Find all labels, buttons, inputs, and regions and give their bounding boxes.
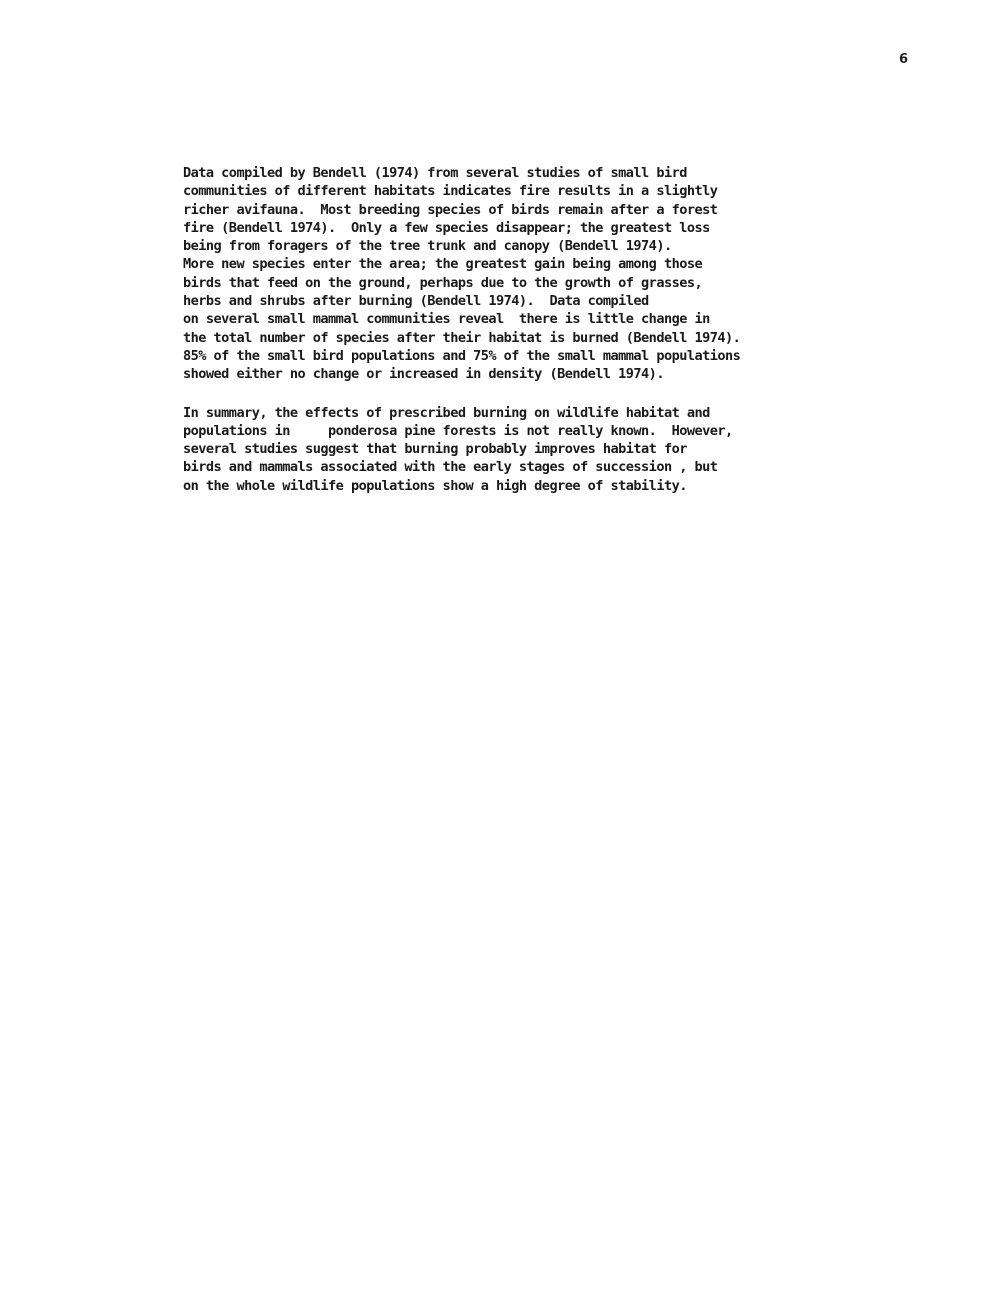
document-body: Data compiled by Bendell (1974) from sev… [183, 164, 883, 515]
text-line: 85% of the small bird populations and 75… [183, 347, 883, 365]
paragraph-summary: In summary, the effects of prescribed bu… [183, 404, 883, 495]
text-line: fire (Bendell 1974). Only a few species … [183, 219, 883, 237]
text-line: Data compiled by Bendell (1974) from sev… [183, 164, 883, 182]
text-line: In summary, the effects of prescribed bu… [183, 404, 883, 422]
text-line: on the whole wildlife populations show a… [183, 477, 883, 495]
text-line: herbs and shrubs after burning (Bendell … [183, 292, 883, 310]
text-line: populations in ponderosa pine forests is… [183, 422, 883, 440]
text-line: the total number of species after their … [183, 329, 883, 347]
text-line: showed either no change or increased in … [183, 365, 883, 383]
text-line: being from foragers of the tree trunk an… [183, 237, 883, 255]
text-line: More new species enter the area; the gre… [183, 255, 883, 273]
text-line: birds that feed on the ground, perhaps d… [183, 274, 883, 292]
paragraph-bird-mammal-data: Data compiled by Bendell (1974) from sev… [183, 164, 883, 384]
text-line: on several small mammal communities reve… [183, 310, 883, 328]
page-number: 6 [899, 52, 908, 67]
text-line: birds and mammals associated with the ea… [183, 458, 883, 476]
text-line: richer avifauna. Most breeding species o… [183, 201, 883, 219]
text-line: communities of different habitats indica… [183, 182, 883, 200]
text-line: several studies suggest that burning pro… [183, 440, 883, 458]
